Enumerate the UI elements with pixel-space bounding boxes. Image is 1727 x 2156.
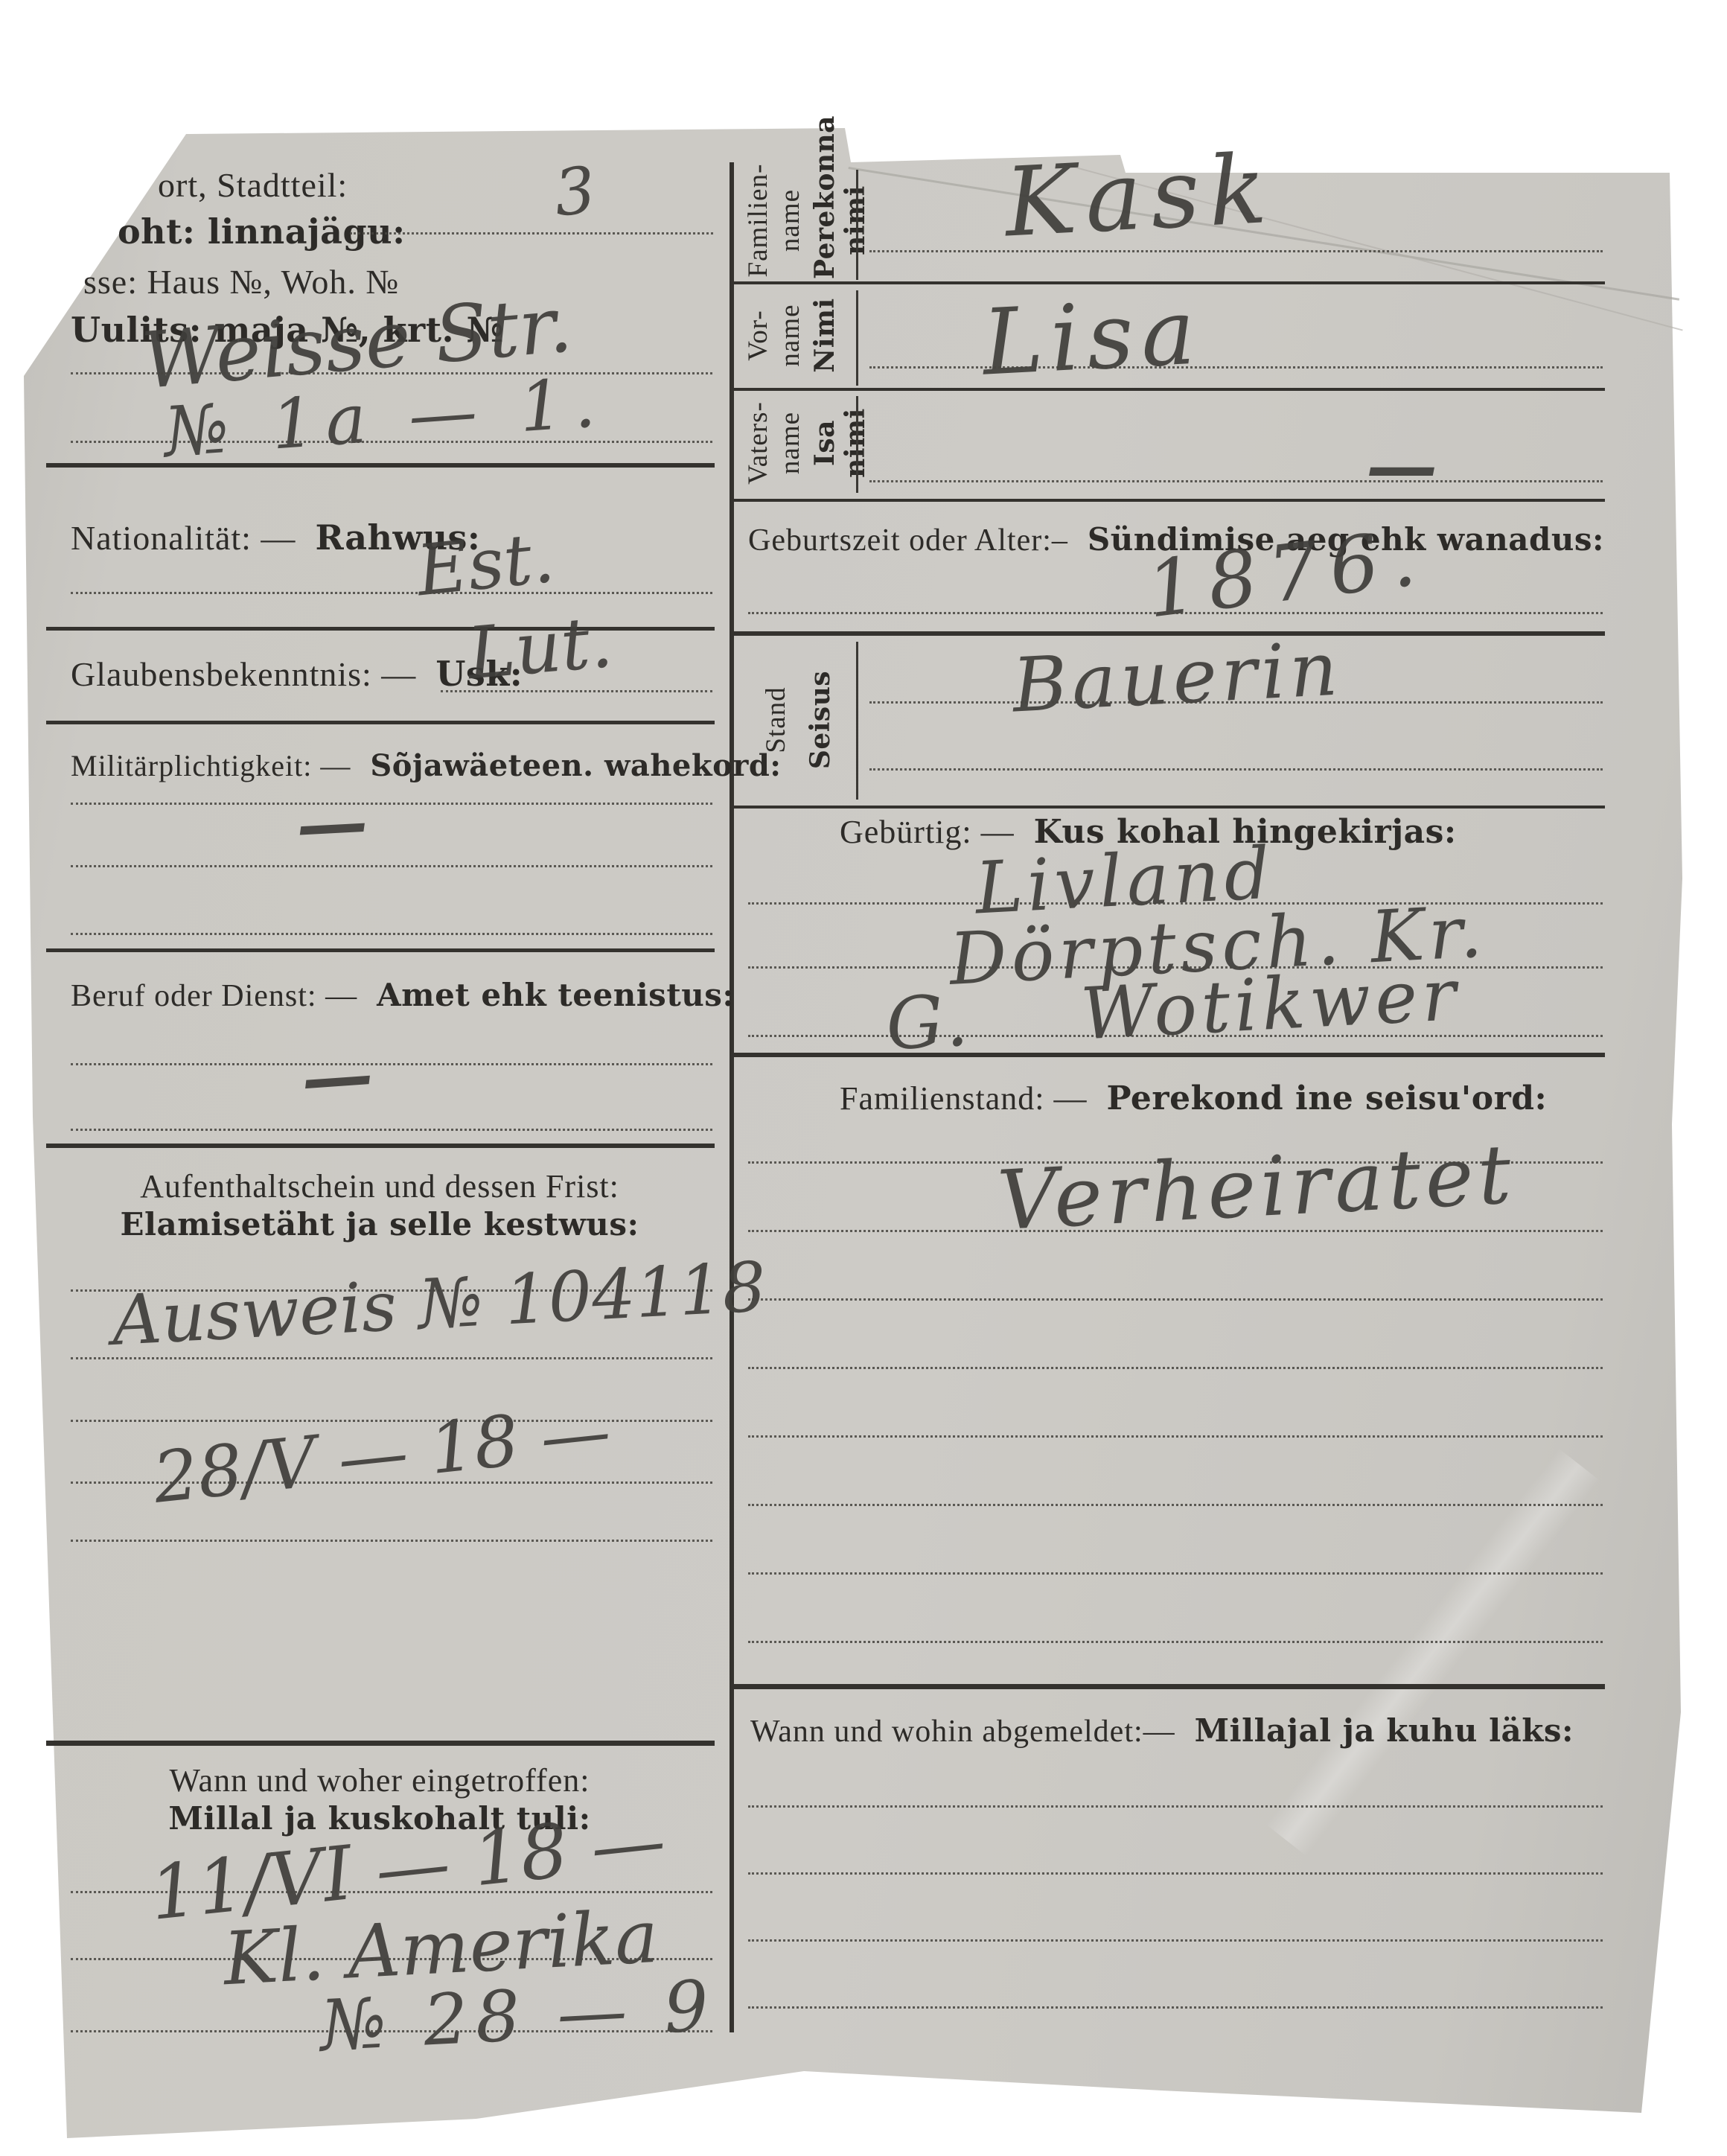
dotted-line xyxy=(748,1504,1603,1506)
father-name-label-german: Vaters-name xyxy=(743,391,806,495)
dotted-line xyxy=(71,933,712,935)
handwritten-marital-status: Verheiratet xyxy=(996,1133,1518,1242)
religion-label-german: Glaubensbekenntnis: — xyxy=(71,654,416,694)
dotted-line xyxy=(869,250,1603,252)
dotted-line xyxy=(71,1063,712,1065)
divider-line xyxy=(734,1053,1605,1057)
divider-line xyxy=(46,1741,715,1746)
scanned-registration-card: { "document_type": "registration-card", … xyxy=(0,0,1727,2156)
military-label-estonian: Sõjawäeteen. wahekord: xyxy=(370,748,781,783)
dotted-line xyxy=(748,1805,1603,1808)
handwritten-father-name-dash: — xyxy=(1366,430,1437,502)
dotted-line xyxy=(71,1357,712,1359)
handwritten-first-name: Lisa xyxy=(980,286,1204,388)
dotted-line xyxy=(71,441,712,443)
first-name-label-estonian: Nimi xyxy=(810,285,840,386)
marital-label-estonian: Perekond ine seisu'ord: xyxy=(1107,1079,1548,1117)
dotted-line xyxy=(748,1298,1603,1301)
dotted-line xyxy=(71,1891,712,1893)
dotted-line xyxy=(869,768,1603,771)
origin-label-german: Gebürtig: — xyxy=(840,813,1015,851)
departure-label-estonian: Millajal ja kuhu läks: xyxy=(1195,1712,1574,1749)
dotted-line xyxy=(71,865,712,867)
dotted-line xyxy=(748,1939,1603,1942)
dotted-line xyxy=(71,803,712,805)
first-name-label-german: Vor-name xyxy=(743,285,806,386)
dotted-line xyxy=(441,690,712,692)
handwritten-nationality: Est. xyxy=(414,523,558,607)
handwritten-arrival-number: № 28 — 9 xyxy=(319,1971,718,2062)
dotted-line xyxy=(748,1872,1603,1875)
dotted-line xyxy=(71,1482,712,1484)
label-separator-line xyxy=(856,642,858,800)
divider-line xyxy=(46,627,715,631)
label-separator-line xyxy=(856,396,858,493)
divider-line xyxy=(46,463,715,468)
handwritten-military-dash: — xyxy=(295,786,370,861)
handwritten-religion: Lut. xyxy=(465,606,615,690)
dotted-line xyxy=(748,612,1603,614)
divider-line xyxy=(734,806,1605,808)
handwritten-page-number: 3 xyxy=(552,158,598,226)
family-name-label-german: Familien-name xyxy=(743,162,806,279)
nationality-label-german: Nationalität: — xyxy=(71,518,296,558)
dotted-line xyxy=(748,1035,1603,1037)
label-separator-line xyxy=(856,170,858,280)
status-label-german: Stand xyxy=(761,642,793,798)
dotted-line xyxy=(748,1230,1603,1232)
dotted-line xyxy=(71,1958,712,1960)
dotted-line xyxy=(748,1435,1603,1438)
permit-label-estonian: Elamisetäht ja selle kestwus: xyxy=(52,1206,707,1243)
dotted-line xyxy=(748,1572,1603,1575)
dotted-line xyxy=(71,2030,712,2032)
divider-line xyxy=(46,1144,715,1148)
divider-line xyxy=(734,1684,1605,1689)
dotted-line xyxy=(869,366,1603,369)
dotted-line xyxy=(71,1129,712,1131)
departure-label-german: Wann und wohin abgemeldet:— xyxy=(750,1714,1175,1750)
dotted-line xyxy=(869,701,1603,704)
father-name-label-estonian: Isa nimi xyxy=(810,391,872,495)
dotted-line xyxy=(71,1540,712,1542)
military-label-german: Militärplichtigkeit: — xyxy=(71,748,351,783)
column-divider-line xyxy=(730,162,734,2032)
dotted-line xyxy=(748,1641,1603,1643)
handwritten-status: Bauerin xyxy=(1011,631,1344,723)
dotted-line xyxy=(71,372,712,374)
dotted-line xyxy=(71,592,712,594)
dotted-line xyxy=(748,1161,1603,1164)
occupation-label-german: Beruf oder Dienst: — xyxy=(71,978,357,1014)
marital-label-german: Familienstand: — xyxy=(840,1079,1088,1117)
birth-label-german: Geburtszeit oder Alter:– xyxy=(748,523,1068,558)
arrival-label-german: Wann und woher eingetroffen: xyxy=(52,1761,707,1799)
permit-label-german: Aufenthaltschein und dessen Frist: xyxy=(52,1167,707,1205)
address-label-german: ort, Stadtteil: xyxy=(158,165,348,205)
handwritten-occupation-dash: — xyxy=(299,1039,375,1114)
dotted-line xyxy=(350,232,713,235)
divider-line xyxy=(46,721,715,724)
dotted-line xyxy=(748,1367,1603,1369)
address-label-estonian: oht: linnajägu: xyxy=(118,211,406,252)
family-name-label-estonian: Perekonna nimi xyxy=(810,162,872,279)
dotted-line xyxy=(748,2006,1603,2009)
divider-line xyxy=(46,948,715,952)
divider-line xyxy=(734,499,1605,502)
street-label-german: sse: Haus №, Woh. № xyxy=(83,262,399,302)
occupation-label-estonian: Amet ehk teenistus: xyxy=(377,977,734,1013)
dotted-line xyxy=(869,480,1603,482)
label-separator-line xyxy=(856,290,858,386)
handwritten-family-name: Kask xyxy=(1003,142,1277,252)
status-label-estonian: Seisus xyxy=(805,642,836,798)
